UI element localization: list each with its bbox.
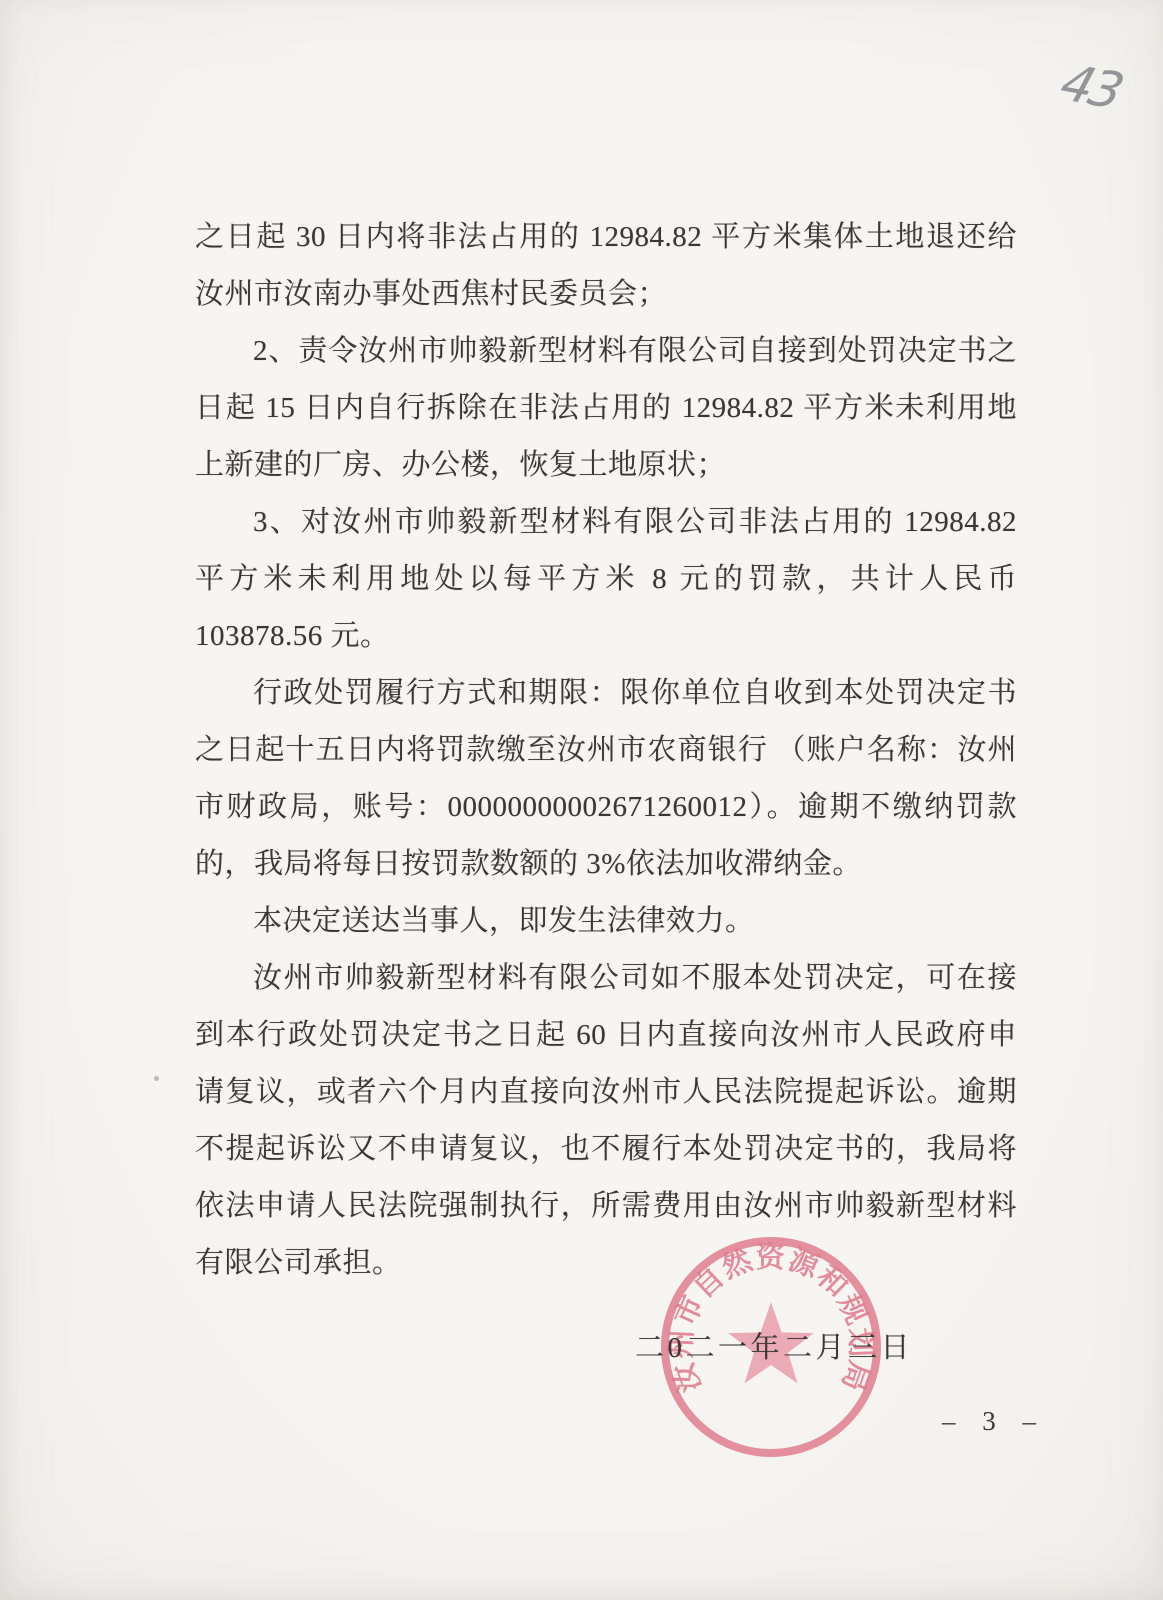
document-line: 日起 15 日内自行拆除在非法占用的 12984.82 平方米未利用地: [195, 380, 1017, 437]
document-line: 上新建的厂房、办公楼，恢复土地原状；: [195, 437, 1017, 494]
document-line: 请复议，或者六个月内直接向汝州市人民法院提起诉讼。逾期: [195, 1064, 1017, 1121]
document-line: 汝州市汝南办事处西焦村民委员会；: [195, 266, 1017, 323]
document-line: 103878.56 元。: [195, 608, 1017, 665]
page-number: – 3 –: [942, 1403, 1046, 1439]
scanned-document-page: 43 之日起 30 日内将非法占用的 12984.82 平方米集体土地退还给汝州…: [0, 0, 1163, 1600]
document-line: 不提起诉讼又不申请复议，也不履行本处罚决定书的，我局将: [195, 1121, 1017, 1178]
document-line: 行政处罚履行方式和期限：限你单位自收到本处罚决定书: [195, 665, 1017, 722]
document-line: 汝州市帅毅新型材料有限公司如不服本处罚决定，可在接: [195, 950, 1017, 1007]
document-line: 之日起 30 日内将非法占用的 12984.82 平方米集体土地退还给: [195, 209, 1017, 266]
handwritten-page-mark: 43: [1054, 54, 1128, 120]
document-line: 之日起十五日内将罚款缴至汝州市农商银行 （账户名称：汝州: [195, 722, 1017, 779]
document-line: 本决定送达当事人，即发生法律效力。: [195, 893, 1017, 950]
date-line: 二0二一年二月三日: [635, 1330, 913, 1366]
document-line: 3、对汝州市帅毅新型材料有限公司非法占用的 12984.82: [195, 494, 1017, 551]
document-line: 到本行政处罚决定书之日起 60 日内直接向汝州市人民政府申: [195, 1007, 1017, 1064]
document-body: 之日起 30 日内将非法占用的 12984.82 平方米集体土地退还给汝州市汝南…: [195, 209, 1017, 1292]
document-line: 市财政局，账号：00000000002671260012）。逾期不缴纳罚款: [195, 779, 1017, 836]
document-line: 的，我局将每日按罚款数额的 3%依法加收滞纳金。: [195, 836, 1017, 893]
scan-speck: [154, 1076, 159, 1081]
document-line: 2、责令汝州市帅毅新型材料有限公司自接到处罚决定书之: [195, 323, 1017, 380]
document-line: 平方米未利用地处以每平方米 8 元的罚款，共计人民币: [195, 551, 1017, 608]
